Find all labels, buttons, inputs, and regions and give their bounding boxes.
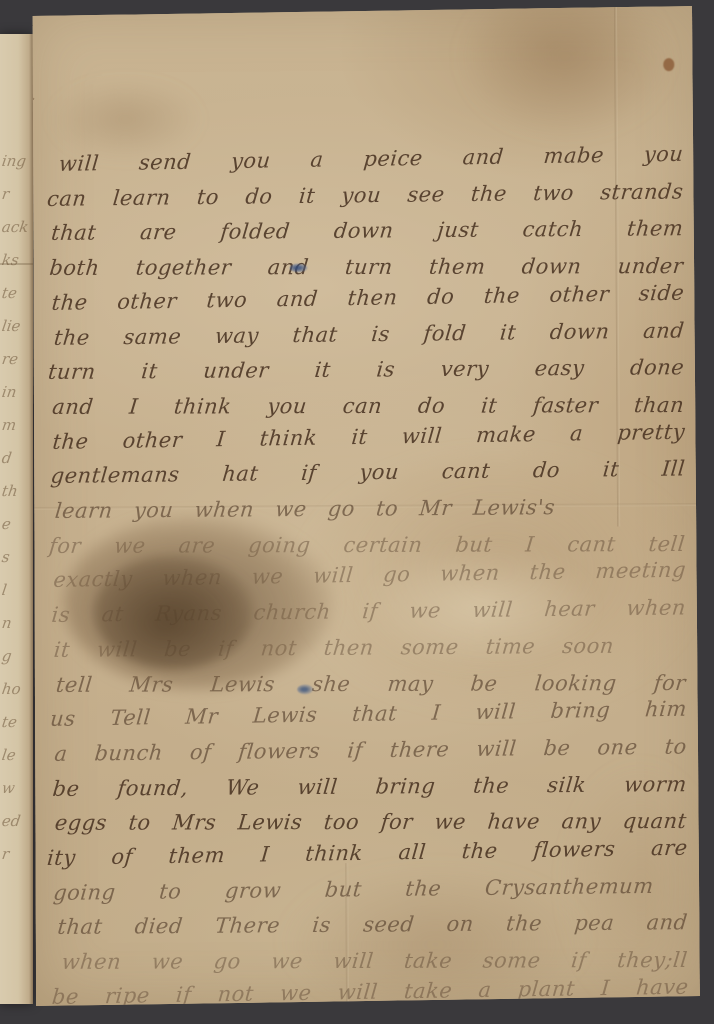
handwriting-line: turn it under it is very easy done [47, 355, 685, 384]
handwriting-line: learn you when we go to Mr Lewis's [54, 495, 556, 523]
adjacent-page-edge: ingrackksteliereinmdtheslnghotelewedr [0, 34, 33, 1004]
handwriting-line: eggs to Mrs Lewis too for we have any qu… [54, 809, 688, 835]
page-edge-fragment: l [1, 581, 8, 599]
handwriting-line: ity of them I think all the flowers are [46, 836, 689, 870]
page-edge-fragment: e [1, 515, 12, 533]
handwriting-line: tell Mrs Lewis she may be looking for [55, 670, 687, 696]
page-edge-fragment: ks [1, 251, 20, 269]
handwriting-line: that are folded down just catch them [50, 217, 684, 246]
letter-scan: ingrackksteliereinmdtheslnghotelewedr I … [0, 0, 714, 1024]
handwriting-line: will send you a peice and mabe you [58, 142, 685, 176]
handwriting-line: be found, We will bring the silk worm [52, 772, 688, 801]
handwriting-line: the other I think it will make a pretty [52, 419, 687, 453]
page-edge-fragment: in [1, 383, 18, 401]
stain [50, 79, 200, 160]
page-edge-fragment: d [1, 449, 13, 467]
page-edge-fragment: lie [1, 317, 22, 335]
handwriting-line: when we go we will take some if they;ll [61, 948, 689, 974]
page-edge-fragment: th [1, 482, 19, 500]
handwriting-line: exactly when we will go when the meeting [52, 558, 687, 592]
page-edge-fragment: re [1, 350, 20, 368]
handwriting-line: can learn to do it you see the two stran… [46, 179, 685, 211]
page-edge-fragment: m [1, 416, 18, 434]
page-edge-fragment: ack [1, 218, 30, 236]
rust-speck [663, 58, 674, 71]
handwriting-line: the same way that is fold it down and [53, 318, 686, 349]
page-edge-fragment: ing [1, 152, 28, 170]
handwriting-line: a bunch of flowers if there will be one … [53, 734, 688, 765]
handwriting-line: gentlemans hat if you cant do it Ill [50, 457, 687, 488]
page-edge-fragment: g [1, 647, 13, 665]
page-edge-fragment: w [1, 779, 16, 797]
handwriting-line: it will be if not then some time soon [53, 634, 615, 662]
handwriting-line: and I think you can do it faster than [51, 393, 685, 419]
handwriting-line: both together and turn them down under [48, 254, 684, 280]
inverted-handwriting-block: I think it will puzzle you to read it Il… [30, 6, 694, 10]
page-edge-fragment: ed [1, 812, 22, 830]
handwriting-line: is at Ryans church if we will hear when [51, 596, 688, 627]
page-edge-fragment: le [1, 746, 17, 764]
page-edge-fragment: n [1, 614, 13, 632]
page-edge-fragment: r [1, 185, 11, 203]
handwriting-line: going to grow but the Crysanthemum [52, 874, 655, 905]
page-edge-fragment: te [1, 284, 18, 302]
handwriting-line: the other two and then do the other side [51, 280, 686, 314]
stain [460, 0, 671, 137]
handwriting-line: us Tell Mr Lewis that I will bring him [49, 697, 688, 731]
page-edge-fragment: s [1, 548, 11, 566]
handwriting-line: that died There is seed on the pea and [56, 911, 688, 940]
page-edge-fragment: ho [1, 680, 22, 698]
page-edge-fragment: te [1, 713, 18, 731]
handwriting-line: be ripe if not we will take a plant I ha… [51, 974, 690, 1008]
letter-sheet: I think it will puzzle you to read it Il… [30, 6, 700, 1006]
handwriting-block: will send you a peice and mabe youcan le… [30, 6, 694, 10]
page-edge-fragment: r [1, 845, 11, 863]
handwriting-line: for we are going certain but I cant tell [48, 532, 686, 558]
